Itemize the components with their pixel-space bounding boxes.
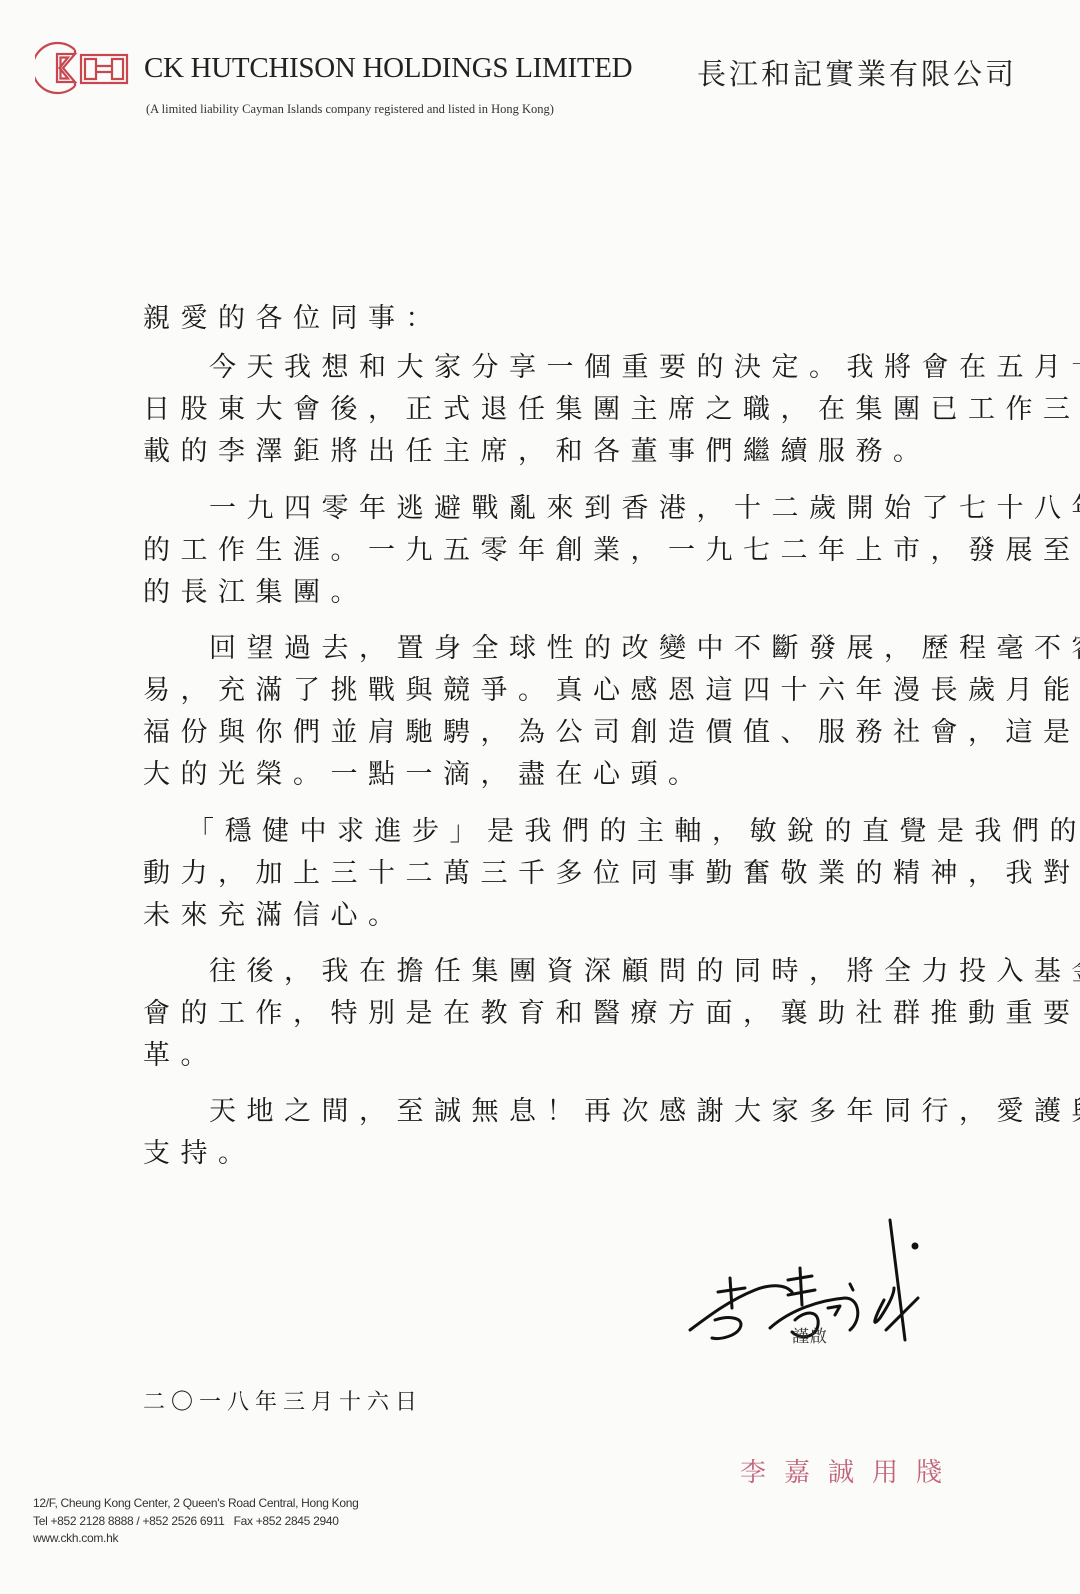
paragraph-line: 日股東大會後，正式退任集團主席之職，在集團已工作三十三: [143, 389, 973, 431]
paragraph-line: 的工作生涯。一九五零年創業，一九七二年上市，發展至今天: [143, 530, 973, 572]
paragraph-line: 往後，我在擔任集團資深顧問的同時，將全力投入基金: [143, 951, 973, 993]
paragraph-line: 福份與你們並肩馳騁，為公司創造價值、服務社會，這是我莫: [143, 712, 973, 754]
paragraph-line: 會的工作，特別是在教育和醫療方面，襄助社群推動重要的改: [143, 993, 973, 1035]
paragraph-line: 載的李澤鉅將出任主席，和各董事們繼續服務。: [143, 431, 973, 473]
paragraph-line: 的長江集團。: [143, 572, 973, 614]
letter-paragraph: 一九四零年逃避戰亂來到香港，十二歲開始了七十八年 的工作生涯。一九五零年創業，一…: [143, 488, 973, 614]
letter-date: 二〇一八年三月十六日: [143, 1385, 423, 1416]
letter-paragraph: 天地之間，至誠無息！再次感謝大家多年同行，愛護與 支持。: [143, 1091, 973, 1175]
paragraph-line: 革。: [143, 1035, 973, 1077]
paragraph-line: 動力，加上三十二萬三千多位同事勤奮敬業的精神，我對集團: [143, 853, 973, 895]
paragraph-line: 未來充滿信心。: [143, 895, 973, 937]
letter-greeting: 親愛的各位同事：: [143, 296, 443, 335]
letter-paragraph: 往後，我在擔任集團資深顧問的同時，將全力投入基金 會的工作，特別是在教育和醫療方…: [143, 951, 973, 1077]
paragraph-line: 支持。: [143, 1133, 973, 1175]
company-registration-note: (A limited liability Cayman Islands comp…: [146, 102, 554, 117]
paragraph-line: 「穩健中求進步」是我們的主軸，敏銳的直覺是我們的: [143, 811, 973, 853]
paragraph-line: 天地之間，至誠無息！再次感謝大家多年同行，愛護與: [143, 1091, 973, 1133]
paragraph-line: 今天我想和大家分享一個重要的決定。我將會在五月十: [143, 347, 973, 389]
paragraph-line: 回望過去，置身全球性的改變中不斷發展，歷程毫不容: [143, 628, 973, 670]
footer-address: 12/F, Cheung Kong Center, 2 Queen's Road…: [33, 1495, 358, 1548]
letter-paragraph: 今天我想和大家分享一個重要的決定。我將會在五月十 日股東大會後，正式退任集團主席…: [143, 347, 973, 473]
paragraph-line: 一九四零年逃避戰亂來到香港，十二歲開始了七十八年: [143, 488, 973, 530]
footer-address-line: 12/F, Cheung Kong Center, 2 Queen's Road…: [33, 1495, 358, 1513]
footer-phone-line: Tel +852 2128 8888 / +852 2526 6911 Fax …: [33, 1513, 358, 1531]
signature-closing: 謹啟: [792, 1322, 828, 1347]
stationery-label: 李嘉誠用牋: [740, 1452, 960, 1489]
company-name-en: CK HUTCHISON HOLDINGS LIMITED: [144, 52, 632, 85]
company-name-zh: 長江和記實業有限公司: [697, 52, 1017, 93]
paragraph-line: 易，充滿了挑戰與競爭。真心感恩這四十六年漫長歲月能有這: [143, 670, 973, 712]
letter-paragraph: 回望過去，置身全球性的改變中不斷發展，歷程毫不容 易，充滿了挑戰與競爭。真心感恩…: [143, 628, 973, 796]
footer-website-link[interactable]: www.ckh.com.hk: [33, 1530, 358, 1548]
ckh-logo-icon: [35, 40, 135, 96]
paragraph-line: 大的光榮。一點一滴，盡在心頭。: [143, 754, 973, 796]
letter-paragraph: 「穩健中求進步」是我們的主軸，敏銳的直覺是我們的 動力，加上三十二萬三千多位同事…: [143, 811, 973, 937]
